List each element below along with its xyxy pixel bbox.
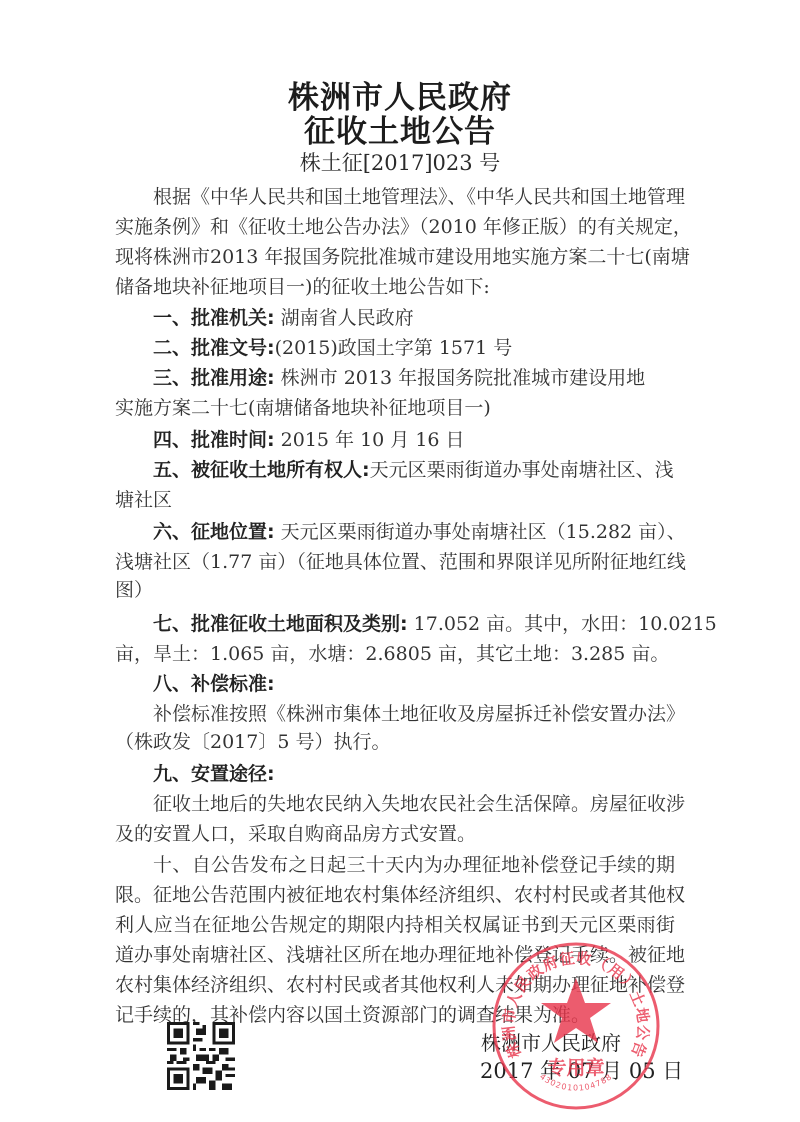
item-label: 六、征地位置: [153, 521, 275, 543]
item-value: 湖南省人民政府 [275, 307, 414, 329]
item-approval-date: 四、批准时间: 2015 年 10 月 16 日 [153, 426, 713, 454]
item-approval-authority: 一、批准机关: 湖南省人民政府 [153, 304, 713, 332]
qr-code-icon [167, 1022, 235, 1090]
item-label: 二、批准文号: [153, 337, 275, 359]
item-registration-line-2: 限。征地公告范围内被征地农村集体经济组织、农村村民或者其他权 [115, 881, 675, 909]
intro-line-2: 实施条例》和《征收土地公告办法》（2010 年修正版）的有关规定， [115, 213, 675, 241]
item-registration-line-3: 利人应当在征地公告规定的期限内持相关权属证书到天元区栗雨街 [115, 911, 675, 939]
intro-line-1: 根据《中华人民共和国土地管理法》、《中华人民共和国土地管理 [153, 183, 675, 211]
item-compensation-body-2: （株政发〔2017〕5 号）执行。 [115, 728, 675, 756]
item-land-location: 六、征地位置: 天元区栗雨街道办事处南塘社区（15.282 亩）、 [153, 518, 713, 546]
intro-line-4: 储备地块补征地项目一)的征收土地公告如下: [115, 273, 675, 301]
item-label: 一、批准机关: [153, 307, 275, 329]
document-number: 株土征[2017]023 号 [0, 148, 800, 178]
item-label: 三、批准用途: [153, 367, 275, 389]
item-value: (2015)政国土字第 1571 号 [275, 337, 513, 359]
item-value: 天元区栗雨街道办事处南塘社区、浅 [370, 459, 674, 481]
item-value: 天元区栗雨街道办事处南塘社区（15.282 亩）、 [275, 521, 686, 543]
item-value: 2015 年 10 月 16 日 [275, 429, 465, 451]
item-approval-purpose-cont: 实施方案二十七(南塘储备地块补征地项目一) [115, 394, 675, 422]
item-land-owner-cont: 塘社区 [115, 486, 675, 514]
item-compensation-label: 八、补偿标准: [153, 670, 713, 698]
item-resettlement-label: 九、安置途径: [153, 760, 713, 788]
item-registration-line-1: 十、自公告发布之日起三十天内为办理征地补偿登记手续的期 [153, 851, 675, 879]
item-land-location-cont: 浅塘社区（1.77 亩）（征地具体位置、范围和界限详见所附征地红线 [115, 548, 675, 576]
item-resettlement-body-1: 征收土地后的失地农民纳入失地农民社会生活保障。房屋征收涉 [153, 790, 713, 818]
page-title-org: 株洲市人民政府 [0, 80, 800, 116]
item-value: 株洲市 2013 年报国务院批准城市建设用地 [275, 367, 645, 389]
signature-date: 2017 年 07 月 05 日 [480, 1055, 683, 1085]
item-approval-purpose: 三、批准用途: 株洲市 2013 年报国务院批准城市建设用地 [153, 364, 713, 392]
intro-line-3: 现将株洲市2013 年报国务院批准城市建设用地实施方案二十七(南塘 [115, 243, 675, 271]
item-land-area: 七、批准征收土地面积及类别: 17.052 亩。其中，水田：10.0215 [153, 610, 713, 638]
item-land-owner: 五、被征收土地所有权人:天元区栗雨街道办事处南塘社区、浅 [153, 456, 713, 484]
page-title-notice: 征收土地公告 [0, 114, 800, 150]
item-value: 17.052 亩。其中，水田：10.0215 [408, 613, 717, 635]
item-registration-line-5: 农村集体经济组织、农村村民或者其他权利人未如期办理征地补偿登 [115, 971, 675, 999]
item-label: 四、批准时间: [153, 429, 275, 451]
item-registration-line-4: 道办事处南塘社区、浅塘社区所在地办理征地补偿登记手续。被征地 [115, 941, 675, 969]
item-land-location-cont2: 图） [115, 576, 675, 604]
item-label: 五、被征收土地所有权人: [153, 459, 370, 481]
item-resettlement-body-2: 及的安置人口，采取自购商品房方式安置。 [115, 820, 675, 848]
signature-org: 株洲市人民政府 [481, 1027, 621, 1056]
item-label: 七、批准征收土地面积及类别: [153, 613, 408, 635]
item-compensation-body-1: 补偿标准按照《株洲市集体土地征收及房屋拆迁补偿安置办法》 [153, 700, 713, 728]
item-land-area-cont: 亩，旱土：1.065 亩，水塘：2.6805 亩，其它土地：3.285 亩。 [115, 640, 675, 668]
item-approval-doc-number: 二、批准文号:(2015)政国土字第 1571 号 [153, 334, 713, 362]
